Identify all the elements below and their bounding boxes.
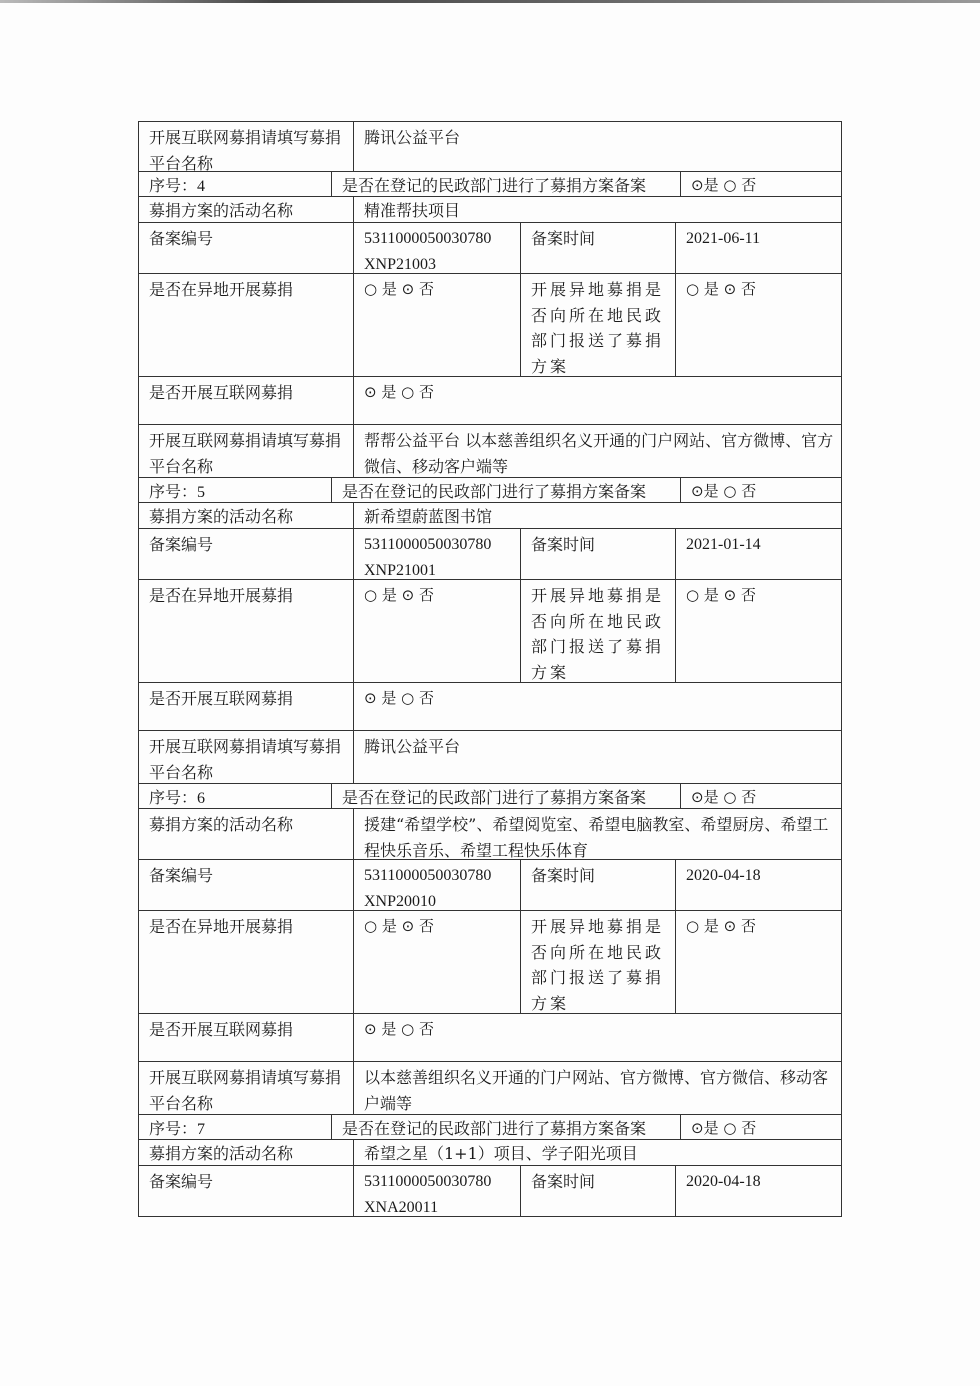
radio-offsite-reported[interactable]: ○ 是 ⊙ 否 (675, 911, 841, 1013)
filing-number-line1: 5311000050030780 (364, 863, 520, 889)
label-platform-name: 开展互联网募捐请填写募捐平台名称 (139, 731, 353, 783)
value-activity-name: 援建“希望学校”、希望阅览室、希望电脑教室、希望厨房、希望工程快乐音乐、希望工程… (353, 809, 841, 859)
value-filing-time: 2020-04-18 (675, 1166, 841, 1216)
label-internet: 是否开展互联网募捐 (139, 377, 353, 424)
value-platform-name: 帮帮公益平台 以本慈善组织名义开通的门户网站、官方微博、官方微信、移动客户端等 (353, 425, 841, 477)
serial-number: 5 (197, 484, 205, 501)
label-filing-time: 备案时间 (520, 529, 675, 579)
label-offsite: 是否在异地开展募捐 (139, 580, 353, 682)
value-activity-name: 精准帮扶项目 (353, 197, 841, 222)
serial-prefix: 序号： (149, 1119, 197, 1138)
radio-internet[interactable]: ⊙ 是 ○ 否 (353, 683, 841, 730)
radio-filed[interactable]: ⊙是 ○ 否 (680, 1115, 841, 1139)
label-filing-number: 备案编号 (139, 1166, 353, 1216)
row-activity-5: 募捐方案的活动名称 新希望蔚蓝图书馆 (138, 503, 842, 529)
label-activity-name: 募捐方案的活动名称 (139, 809, 353, 859)
value-filing-time: 2021-01-14 (675, 529, 841, 579)
row-serial-6: 序号：6 是否在登记的民政部门进行了募捐方案备案 ⊙是 ○ 否 (138, 784, 842, 809)
label-filed-question: 是否在登记的民政部门进行了募捐方案备案 (331, 1115, 680, 1139)
radio-offsite[interactable]: ○ 是 ⊙ 否 (353, 911, 520, 1013)
scan-top-edge (0, 0, 980, 3)
value-platform-name: 以本慈善组织名义开通的门户网站、官方微博、官方微信、移动客户端等 (353, 1062, 841, 1114)
serial-prefix: 序号： (149, 788, 197, 807)
row-platform-6: 开展互联网募捐请填写募捐平台名称 以本慈善组织名义开通的门户网站、官方微博、官方… (138, 1062, 842, 1115)
label-offsite-reported: 开展异地募捐是否向所在地民政部门报送了募捐方案 (520, 580, 675, 682)
serial-cell: 序号：7 (139, 1115, 331, 1139)
filing-number-line2: XNA20011 (364, 1195, 520, 1217)
radio-offsite[interactable]: ○ 是 ⊙ 否 (353, 580, 520, 682)
row-offsite-6: 是否在异地开展募捐 ○ 是 ⊙ 否 开展异地募捐是否向所在地民政部门报送了募捐方… (138, 911, 842, 1014)
filing-number-line1: 5311000050030780 (364, 226, 520, 252)
row-serial-4: 序号：4 是否在登记的民政部门进行了募捐方案备案 ⊙是 ○ 否 (138, 172, 842, 197)
radio-offsite-reported[interactable]: ○ 是 ⊙ 否 (675, 580, 841, 682)
value-filing-number: 5311000050030780 XNA20011 (353, 1166, 520, 1216)
filing-number-line2: XNP20010 (364, 889, 520, 911)
row-activity-7: 募捐方案的活动名称 希望之星（1+1）项目、学子阳光项目 (138, 1140, 842, 1166)
label-filing-time: 备案时间 (520, 860, 675, 910)
serial-prefix: 序号： (149, 176, 197, 195)
serial-cell: 序号：5 (139, 478, 331, 502)
row-filing-7: 备案编号 5311000050030780 XNA20011 备案时间 2020… (138, 1166, 842, 1217)
row-platform-prev: 开展互联网募捐请填写募捐平台名称 腾讯公益平台 (138, 121, 842, 172)
row-activity-4: 募捐方案的活动名称 精准帮扶项目 (138, 197, 842, 223)
serial-cell: 序号：4 (139, 172, 331, 196)
row-serial-7: 序号：7 是否在登记的民政部门进行了募捐方案备案 ⊙是 ○ 否 (138, 1115, 842, 1140)
label-activity-name: 募捐方案的活动名称 (139, 503, 353, 528)
label-filed-question: 是否在登记的民政部门进行了募捐方案备案 (331, 478, 680, 502)
label-filing-number: 备案编号 (139, 860, 353, 910)
row-serial-5: 序号：5 是否在登记的民政部门进行了募捐方案备案 ⊙是 ○ 否 (138, 478, 842, 503)
value-activity-name: 希望之星（1+1）项目、学子阳光项目 (353, 1140, 841, 1165)
row-internet-5: 是否开展互联网募捐 ⊙ 是 ○ 否 (138, 683, 842, 731)
row-filing-6: 备案编号 5311000050030780 XNP20010 备案时间 2020… (138, 860, 842, 911)
label-internet: 是否开展互联网募捐 (139, 1014, 353, 1061)
label-platform-name: 开展互联网募捐请填写募捐平台名称 (139, 1062, 353, 1114)
radio-filed[interactable]: ⊙是 ○ 否 (680, 172, 841, 196)
filing-number-line1: 5311000050030780 (364, 1169, 520, 1195)
serial-prefix: 序号： (149, 482, 197, 501)
label-filing-number: 备案编号 (139, 223, 353, 273)
row-platform-5: 开展互联网募捐请填写募捐平台名称 腾讯公益平台 (138, 731, 842, 784)
value-filing-number: 5311000050030780 XNP21001 (353, 529, 520, 579)
label-internet: 是否开展互联网募捐 (139, 683, 353, 730)
label-filed-question: 是否在登记的民政部门进行了募捐方案备案 (331, 784, 680, 808)
label-platform-name: 开展互联网募捐请填写募捐平台名称 (139, 425, 353, 477)
filing-number-line1: 5311000050030780 (364, 532, 520, 558)
serial-number: 4 (197, 178, 205, 195)
row-platform-4: 开展互联网募捐请填写募捐平台名称 帮帮公益平台 以本慈善组织名义开通的门户网站、… (138, 425, 842, 478)
radio-filed[interactable]: ⊙是 ○ 否 (680, 784, 841, 808)
label-offsite-reported: 开展异地募捐是否向所在地民政部门报送了募捐方案 (520, 911, 675, 1013)
row-filing-4: 备案编号 5311000050030780 XNP21003 备案时间 2021… (138, 223, 842, 274)
value-platform-name-prev: 腾讯公益平台 (353, 122, 841, 171)
label-activity-name: 募捐方案的活动名称 (139, 1140, 353, 1165)
row-filing-5: 备案编号 5311000050030780 XNP21001 备案时间 2021… (138, 529, 842, 580)
label-platform-name: 开展互联网募捐请填写募捐平台名称 (139, 122, 353, 171)
row-offsite-5: 是否在异地开展募捐 ○ 是 ⊙ 否 开展异地募捐是否向所在地民政部门报送了募捐方… (138, 580, 842, 683)
label-offsite: 是否在异地开展募捐 (139, 274, 353, 376)
label-filing-time: 备案时间 (520, 1166, 675, 1216)
row-internet-6: 是否开展互联网募捐 ⊙ 是 ○ 否 (138, 1014, 842, 1062)
radio-offsite-reported[interactable]: ○ 是 ⊙ 否 (675, 274, 841, 376)
radio-internet[interactable]: ⊙ 是 ○ 否 (353, 377, 841, 424)
label-activity-name: 募捐方案的活动名称 (139, 197, 353, 222)
label-offsite-reported: 开展异地募捐是否向所在地民政部门报送了募捐方案 (520, 274, 675, 376)
value-filing-time: 2020-04-18 (675, 860, 841, 910)
row-activity-6: 募捐方案的活动名称 援建“希望学校”、希望阅览室、希望电脑教室、希望厨房、希望工… (138, 809, 842, 860)
filing-number-line2: XNP21001 (364, 558, 520, 580)
radio-internet[interactable]: ⊙ 是 ○ 否 (353, 1014, 841, 1061)
row-offsite-4: 是否在异地开展募捐 ○ 是 ⊙ 否 开展异地募捐是否向所在地民政部门报送了募捐方… (138, 274, 842, 377)
serial-number: 7 (197, 1121, 205, 1138)
value-filing-time: 2021-06-11 (675, 223, 841, 273)
value-activity-name: 新希望蔚蓝图书馆 (353, 503, 841, 528)
value-filing-number: 5311000050030780 XNP20010 (353, 860, 520, 910)
value-platform-name: 腾讯公益平台 (353, 731, 841, 783)
row-internet-4: 是否开展互联网募捐 ⊙ 是 ○ 否 (138, 377, 842, 425)
radio-filed[interactable]: ⊙是 ○ 否 (680, 478, 841, 502)
serial-cell: 序号：6 (139, 784, 331, 808)
radio-offsite[interactable]: ○ 是 ⊙ 否 (353, 274, 520, 376)
label-filing-time: 备案时间 (520, 223, 675, 273)
filing-number-line2: XNP21003 (364, 252, 520, 274)
serial-number: 6 (197, 790, 205, 807)
label-filing-number: 备案编号 (139, 529, 353, 579)
value-filing-number: 5311000050030780 XNP21003 (353, 223, 520, 273)
label-offsite: 是否在异地开展募捐 (139, 911, 353, 1013)
label-filed-question: 是否在登记的民政部门进行了募捐方案备案 (331, 172, 680, 196)
